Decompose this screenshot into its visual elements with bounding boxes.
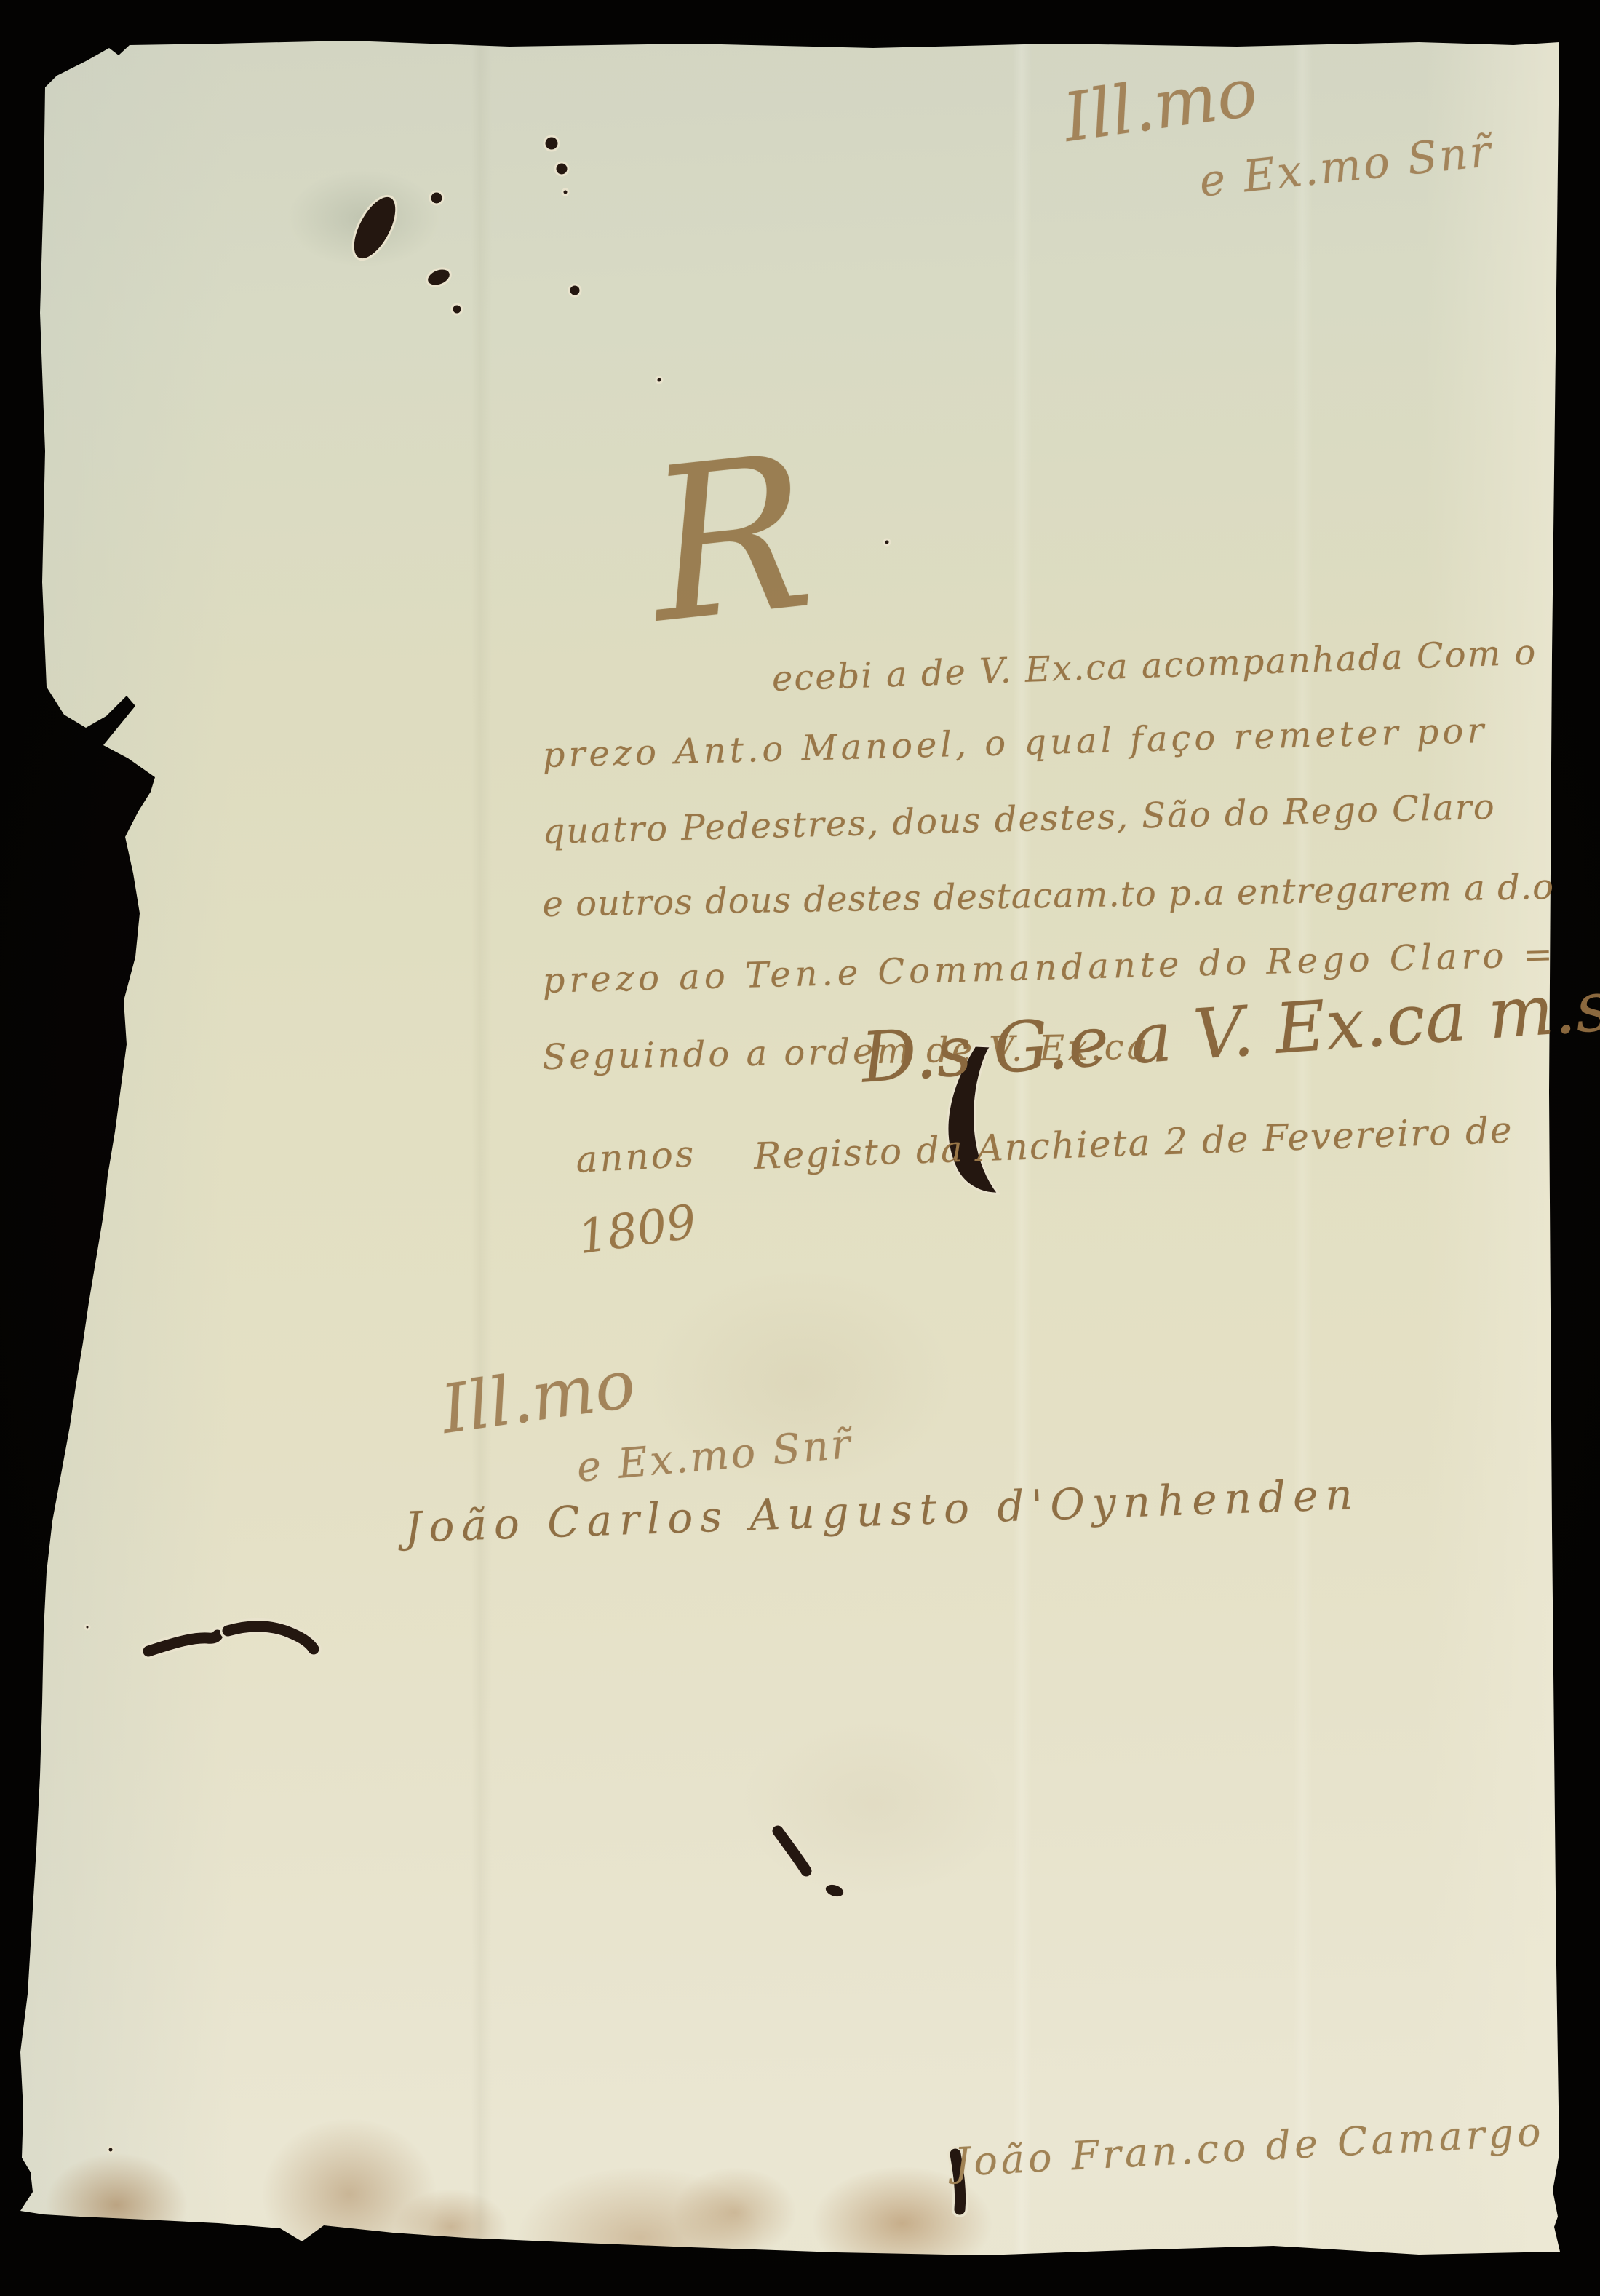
handwriting-layer: Ill.mo e Ex.mo Snr̃ R ecebi a de V. Ex.c… (0, 0, 1600, 2296)
signature-name: João Fran.co de Camargo (953, 2109, 1545, 2185)
body-initial-flourish: R (640, 427, 820, 654)
dateline-annos: annos (575, 1132, 697, 1181)
body-line-2: prezo Ant.o Manoel, o qual faço remeter … (542, 710, 1488, 776)
body-line-4: e outros dous destes destacam.to p.a ent… (542, 867, 1554, 925)
dateline-place-date: Registo da Anchieta 2 de Fevereiro de (753, 1109, 1514, 1177)
addressee-name: João Carlos Augusto d'Oynhenden (404, 1469, 1361, 1552)
heading-salutation-rest: e Ex.mo Snr̃ (1197, 126, 1495, 207)
body-line-1: ecebi a de V. Ex.ca acompanhada Com o (771, 632, 1537, 699)
dateline-year: 1809 (575, 1195, 700, 1265)
body-line-3: quatro Pedestres, dous destes, São do Re… (542, 787, 1496, 852)
address-salutation-rest: e Ex.mo Snr̃ (575, 1421, 854, 1492)
address-salutation-abbrev: Ill.mo (437, 1345, 640, 1449)
scanned-letter: Ill.mo e Ex.mo Snr̃ R ecebi a de V. Ex.c… (0, 0, 1600, 2296)
heading-salutation-abbrev: Ill.mo (1059, 53, 1262, 157)
